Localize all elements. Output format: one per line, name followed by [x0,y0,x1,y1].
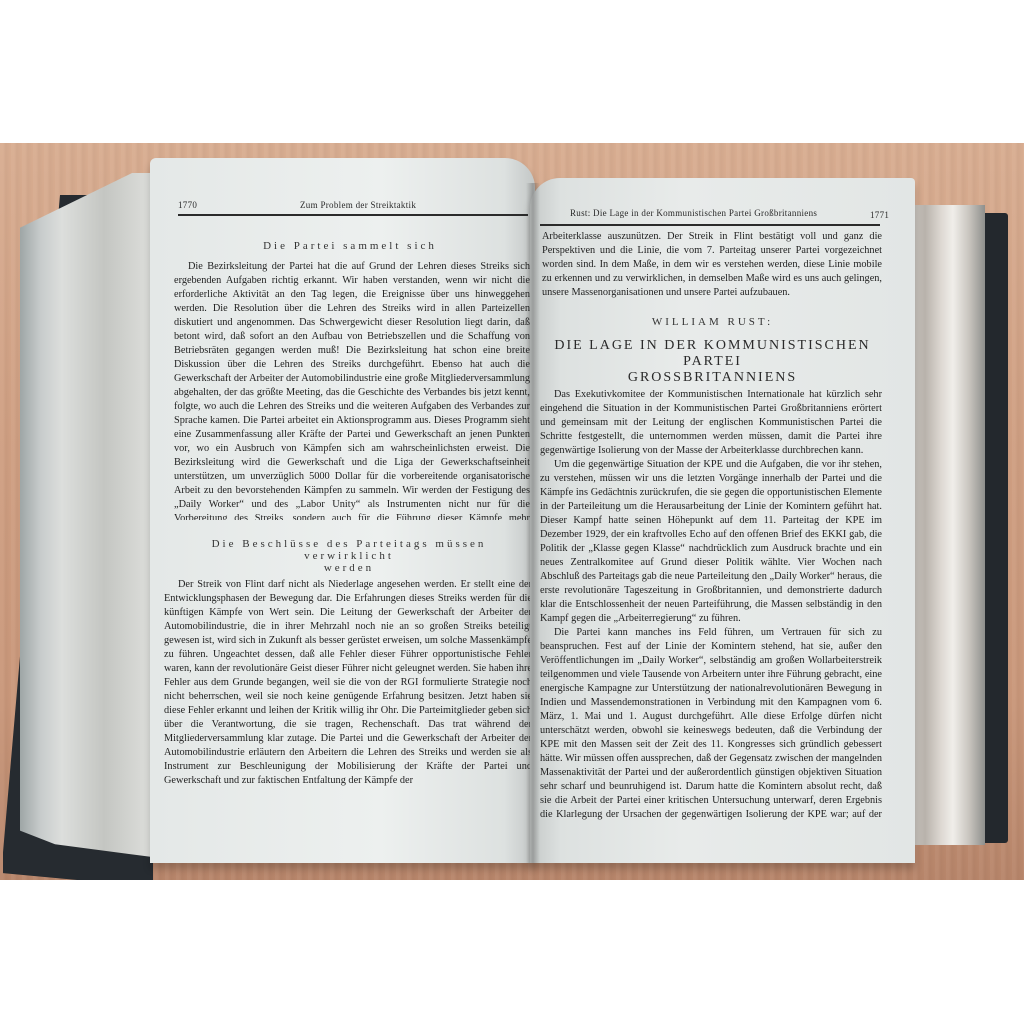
running-head-right: Rust: Die Lage in der Kommunistischen Pa… [570,208,817,218]
section-title-line-2: werden [164,562,534,574]
section-2-body: Der Streik von Flint darf nicht als Nied… [164,578,532,812]
header-rule-left [178,214,528,216]
book-gutter [526,183,540,863]
page-stack-left [20,173,160,858]
paragraph: Der Streik von Flint darf nicht als Nied… [164,578,532,788]
section-title-partei-sammelt-sich: Die Partei sammelt sich [170,240,530,252]
photo-open-book: 1770 Zum Problem der Streiktaktik Die Pa… [0,143,1024,880]
section-title-line-1: Die Beschlüsse des Parteitags müssen ver… [164,538,534,562]
page-number-left: 1770 [178,200,197,210]
section-1-body: Die Bezirksleitung der Partei hat die au… [174,260,530,520]
article-title-line-2: GROSSBRITANNIENS [540,370,885,386]
paragraph: Arbeiterklasse auszunützen. Der Streik i… [542,230,882,300]
section-title-beschluesse: Die Beschlüsse des Parteitags müssen ver… [164,538,534,574]
continuation-text: Arbeiterklasse auszunützen. Der Streik i… [542,230,882,302]
article-title: DIE LAGE IN DER KOMMUNISTISCHEN PARTEI G… [540,338,885,386]
article-author: WILLIAM RUST: [540,316,885,328]
header-rule-right [540,224,880,226]
paragraph: Die Bezirksleitung der Partei hat die au… [174,260,530,520]
left-page: 1770 Zum Problem der Streiktaktik Die Pa… [150,158,535,863]
running-head-left: Zum Problem der Streiktaktik [300,200,416,210]
article-title-line-1: DIE LAGE IN DER KOMMUNISTISCHEN PARTEI [540,338,885,370]
article-body: Das Exekutivkomitee der Kommunistischen … [540,388,882,824]
right-page: Rust: Die Lage in der Kommunistischen Pa… [530,178,915,863]
page-number-right: 1771 [870,210,889,220]
paragraph: Um die gegenwärtige Situation der KPE un… [540,458,882,626]
paragraph: Die Partei kann manches ins Feld führen,… [540,626,882,824]
page-stack-right [905,205,985,845]
paragraph: Das Exekutivkomitee der Kommunistischen … [540,388,882,458]
